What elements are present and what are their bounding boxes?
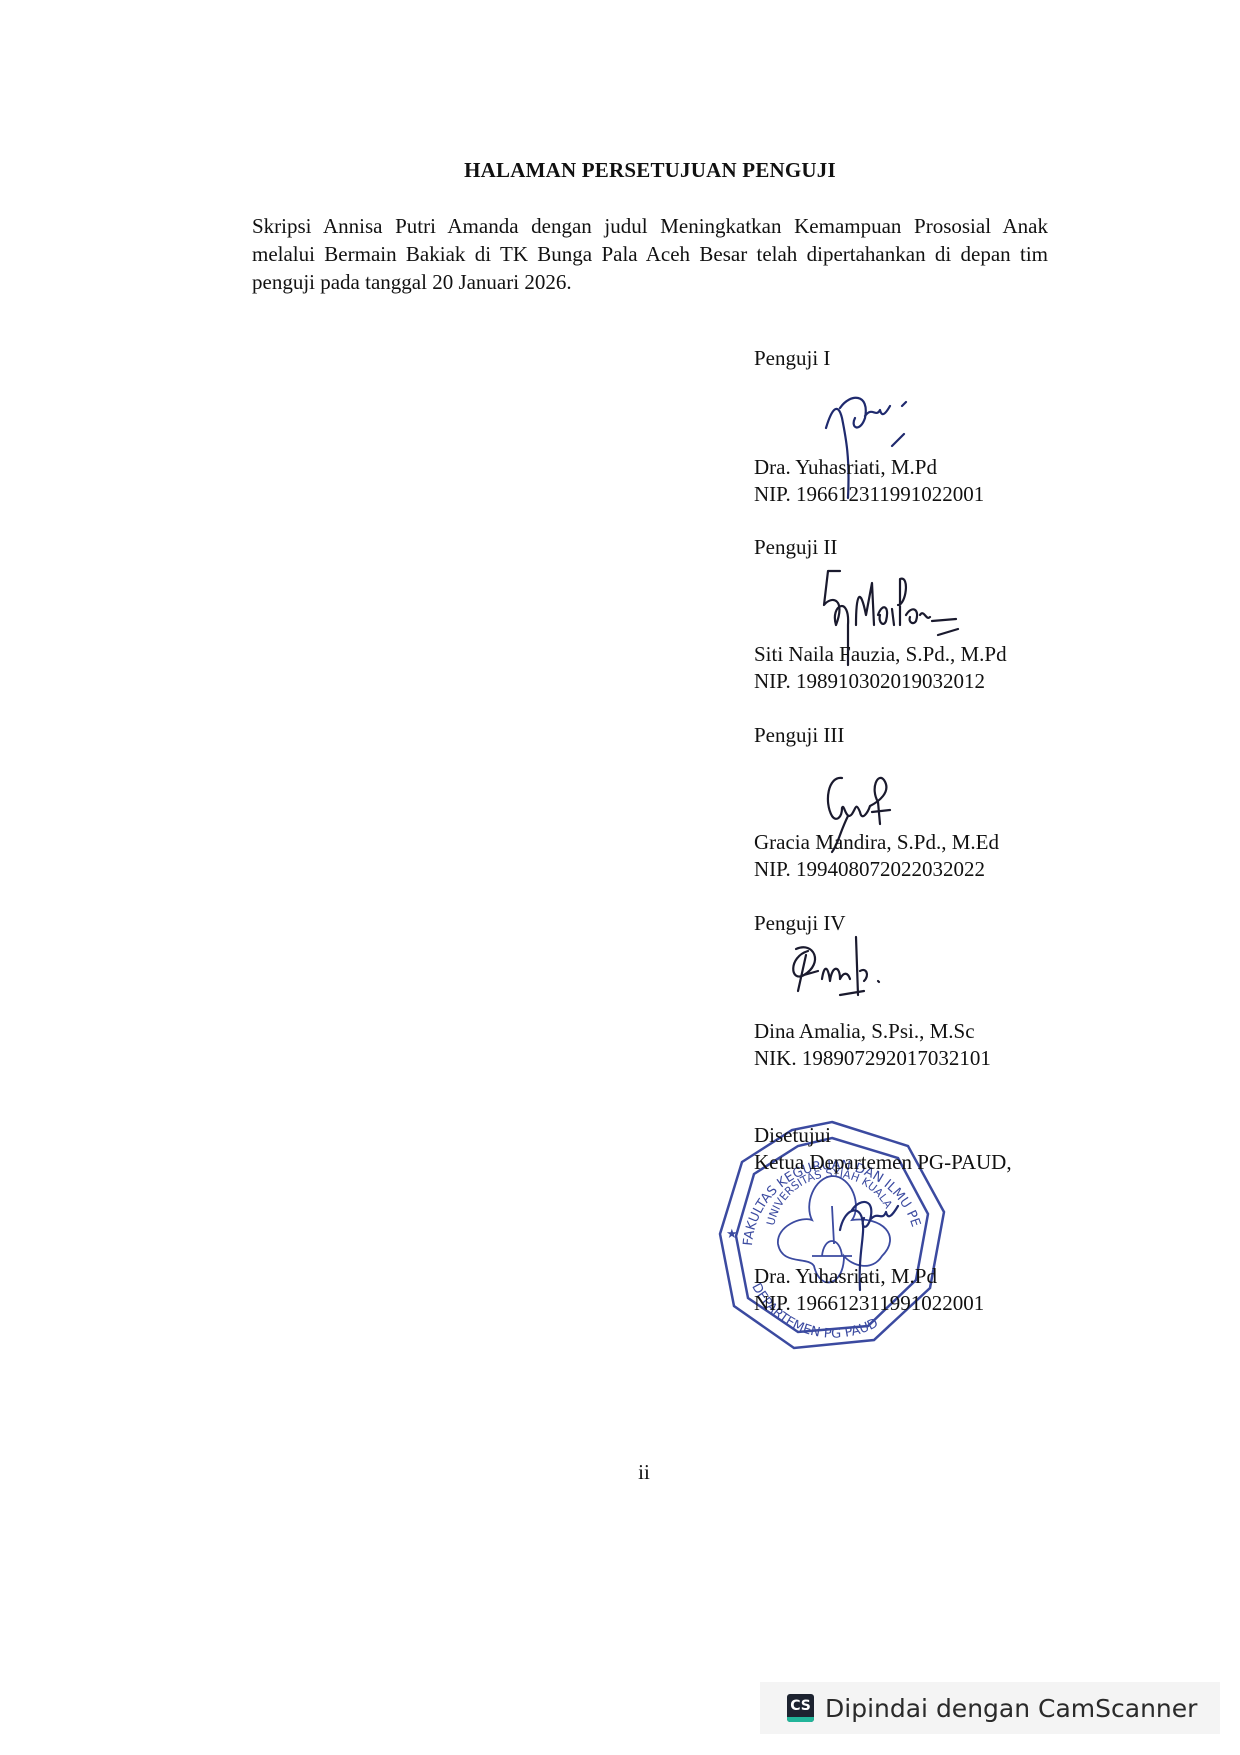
examiner-1-id: NIP. 196612311991022001 <box>754 481 984 508</box>
examiner-4-signature <box>784 935 914 1015</box>
page-number: ii <box>0 1460 1240 1485</box>
camscanner-logo-icon: CS <box>787 1694 814 1722</box>
examiner-4-name: Dina Amalia, S.Psi., M.Sc <box>754 1018 991 1045</box>
examiner-4-info: Dina Amalia, S.Psi., M.Sc NIK. 198907292… <box>754 1018 991 1072</box>
approval-paragraph: Skripsi Annisa Putri Amanda dengan judul… <box>252 212 1048 296</box>
stamp-star-icon: ★ <box>726 1227 738 1242</box>
approval-signer: Dra. Yuhasriati, M.Pd NIP. 1966123119910… <box>754 1263 984 1317</box>
approval-id: NIP. 196612311991022001 <box>754 1290 984 1317</box>
camscanner-watermark: CS Dipindai dengan CamScanner <box>760 1682 1220 1734</box>
examiner-2-label: Penguji II <box>754 535 837 560</box>
approval-name: Dra. Yuhasriati, M.Pd <box>754 1263 984 1290</box>
examiner-4-id: NIK. 198907292017032101 <box>754 1045 991 1072</box>
examiner-3-info: Gracia Mandira, S.Pd., M.Ed NIP. 1994080… <box>754 829 999 883</box>
approval-header: Disetujui Ketua Departemen PG-PAUD, <box>754 1122 1012 1176</box>
examiner-2-id: NIP. 198910302019032012 <box>754 668 1007 695</box>
camscanner-text: Dipindai dengan CamScanner <box>825 1694 1197 1723</box>
examiner-3-id: NIP. 199408072022032022 <box>754 856 999 883</box>
examiner-1-name: Dra. Yuhasriati, M.Pd <box>754 454 984 481</box>
examiner-1-label: Penguji I <box>754 346 830 371</box>
examiner-1-info: Dra. Yuhasriati, M.Pd NIP. 1966123119910… <box>754 454 984 508</box>
approval-label: Disetujui <box>754 1122 1012 1149</box>
page-title: HALAMAN PERSETUJUAN PENGUJI <box>0 158 1240 183</box>
examiner-3-name: Gracia Mandira, S.Pd., M.Ed <box>754 829 999 856</box>
examiner-3-label: Penguji III <box>754 723 844 748</box>
approval-position: Ketua Departemen PG-PAUD, <box>754 1149 1012 1176</box>
examiner-4-label: Penguji IV <box>754 911 846 936</box>
examiner-2-info: Siti Naila Fauzia, S.Pd., M.Pd NIP. 1989… <box>754 641 1007 695</box>
examiner-2-name: Siti Naila Fauzia, S.Pd., M.Pd <box>754 641 1007 668</box>
